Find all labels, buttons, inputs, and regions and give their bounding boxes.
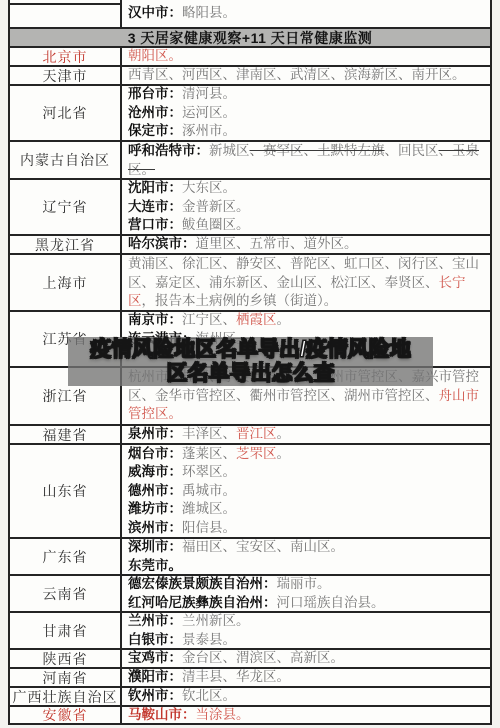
text-segment: 鲅鱼圈区。 (182, 217, 250, 232)
watermark-overlay: 疫情风险地区名单导出/疫情风险地 区名单导出怎么查 (68, 337, 433, 386)
text-segment: 泉州市： (128, 426, 182, 441)
district-line: 汉中市：略阳县。 (128, 4, 486, 23)
districts-cell: 汉中市：略阳县。 (122, 0, 490, 27)
text-segment: 滨州市： (128, 520, 182, 535)
district-line: 朝阳区。 (128, 47, 486, 65)
table-row: 辽宁省沈阳市：大东区。大连市：金普新区。营口市：鲅鱼圈区。 (10, 178, 490, 234)
table-row: 北京市朝阳区。 (10, 46, 490, 65)
districts-cell: 兰州市：兰州新区。白银市：景泰县。 (122, 613, 490, 648)
text-segment: 环翠区。 (182, 464, 236, 479)
text-segment: 、赛罕区、土默特左旗 (250, 143, 385, 158)
text-segment: 大连市： (128, 199, 182, 214)
text-segment: 江宁区、 (182, 312, 236, 327)
text-segment: 沧州市： (128, 105, 182, 120)
province-label: 云南省 (43, 584, 88, 604)
text-segment: 呼和浩特市： (128, 143, 209, 158)
district-line: 黄浦区、徐汇区、静安区、普陀区、虹口区、闵行区、宝山区、嘉定区、浦东新区、金山区… (128, 255, 486, 310)
text-segment: 略阳县。 (182, 5, 236, 20)
province-label: 广西壮族自治区 (13, 687, 118, 706)
text-segment: 。 (277, 426, 291, 441)
text-segment: 邢台市： (128, 86, 182, 101)
text-segment: 景泰县。 (182, 632, 236, 647)
text-segment: 运河区。 (182, 105, 236, 120)
districts-cell: 马鞍山市：当涂县。 (122, 707, 490, 723)
district-line: 兰州市：兰州新区。 (128, 612, 486, 631)
table-row: 广东省深圳市：福田区、宝安区、南山区。东莞市。 (10, 537, 490, 574)
page: { "overlay": { "full_text": "疫情风险地区名单导出/… (0, 0, 500, 728)
district-line: 营口市：鲅鱼圈区。 (128, 216, 486, 234)
text-segment: 威海市： (128, 464, 182, 479)
province-cell: 上海市 (10, 255, 122, 310)
districts-cell: 深圳市：福田区、宝安区、南山区。东莞市。 (122, 539, 490, 574)
district-line: 呼和浩特市：新城区、赛罕区、土默特左旗、回民区、玉泉区。 (128, 142, 486, 178)
text-segment: 深圳市： (128, 539, 182, 554)
text-segment: 瑞丽市。 (277, 576, 331, 591)
text-segment: 河口瑶族自治县。 (277, 595, 385, 610)
table-row: 上海市黄浦区、徐汇区、静安区、普陀区、虹口区、闵行区、宝山区、嘉定区、浦东新区、… (10, 253, 490, 310)
text-segment: 清丰县、华龙区。 (182, 669, 290, 684)
province-label: 安徽省 (43, 705, 88, 723)
text-segment: 德州市： (128, 483, 182, 498)
text-segment: 清河县。 (182, 86, 236, 101)
district-line: 沧州市：运河区。 (128, 104, 486, 123)
district-line: 威海市：环翠区。 (128, 463, 486, 482)
district-line: 滨州市：阳信县。 (128, 519, 486, 537)
table-row: 福建省泉州市：丰泽区、晋江区。 (10, 424, 490, 443)
province-label: 辽宁省 (43, 197, 88, 217)
province-cell: 河南省 (10, 669, 122, 686)
province-label: 山东省 (43, 481, 88, 501)
province-cell: 河北省 (10, 86, 122, 140)
banner-label: 3 天居家健康观察+11 天日常健康监测 (128, 28, 373, 47)
province-label: 天津市 (43, 66, 88, 85)
text-segment: 新城区 (209, 143, 250, 158)
province-cell: 黑龙江省 (10, 236, 122, 253)
text-segment: 钦州市： (128, 688, 182, 703)
text-segment: 濮阳市： (128, 669, 182, 684)
district-line: 濮阳市：清丰县、华龙区。 (128, 668, 486, 686)
table-row: 河南省濮阳市：清丰县、华龙区。 (10, 667, 490, 686)
text-segment: 东莞市。 (128, 558, 182, 573)
text-segment: 汉中市： (128, 5, 182, 20)
districts-cell: 泉州市：丰泽区、晋江区。 (122, 426, 490, 443)
text-segment: 禹城市。 (182, 483, 236, 498)
province-cell: 天津市 (10, 67, 122, 84)
text-segment: 朝阳区。 (128, 48, 182, 63)
text-segment: 马鞍山市： (128, 707, 196, 722)
text-segment: 涿州市。 (182, 123, 236, 138)
table-row: 陕西省宝鸡市：金台区、渭滨区、高新区。 (10, 648, 490, 667)
text-segment: 潍城区。 (182, 501, 236, 516)
districts-cell: 朝阳区。 (122, 48, 490, 65)
province-cell: 云南省 (10, 576, 122, 611)
province-label: 甘肃省 (43, 621, 88, 641)
districts-cell: 哈尔滨市：道里区、五常市、道外区。 (122, 236, 490, 253)
province-label: 黑龙江省 (35, 235, 95, 254)
table-row: 云南省德宏傣族景颇族自治州：瑞丽市。红河哈尼族彝族自治州：河口瑶族自治县。 (10, 574, 490, 611)
text-segment: 兰州市： (128, 613, 182, 628)
text-segment: 营口市： (128, 217, 182, 232)
districts-cell: 邢台市：清河县。沧州市：运河区。保定市：涿州市。 (122, 86, 490, 140)
province-label: 北京市 (43, 47, 88, 66)
text-segment: 金台区、渭滨区、高新区。 (182, 650, 344, 665)
text-segment: 芝罘区 (236, 446, 277, 461)
province-cell: 北京市 (10, 48, 122, 65)
text-segment: 保定市： (128, 123, 182, 138)
text-segment: 宝鸡市： (128, 650, 182, 665)
banner-row: 3 天居家健康观察+11 天日常健康监测 (10, 27, 490, 46)
district-line: 红河哈尼族彝族自治州：河口瑶族自治县。 (128, 594, 486, 612)
province-cell: 陕西省 (10, 650, 122, 667)
districts-cell: 呼和浩特市：新城区、赛罕区、土默特左旗、回民区、玉泉区。 (122, 142, 490, 178)
text-segment: 白银市： (128, 632, 182, 647)
text-segment: 晋江区 (236, 426, 277, 441)
province-cell: 广东省 (10, 539, 122, 574)
district-line: 钦州市：钦北区。 (128, 687, 486, 705)
districts-cell: 沈阳市：大东区。大连市：金普新区。营口市：鲅鱼圈区。 (122, 180, 490, 234)
province-cell: 广西壮族自治区 (10, 688, 122, 705)
table-row: 甘肃省兰州市：兰州新区。白银市：景泰县。 (10, 611, 490, 648)
district-line: 保定市：涿州市。 (128, 122, 486, 140)
text-segment: 福田区、宝安区、南山区。 (182, 539, 344, 554)
text-segment: 。 (277, 312, 291, 327)
text-segment: 潍坊市： (128, 501, 182, 516)
table-row: 天津市西青区、河西区、津南区、武清区、滨海新区、南开区。 (10, 65, 490, 84)
districts-cell: 西青区、河西区、津南区、武清区、滨海新区、南开区。 (122, 67, 490, 84)
province-cell: 辽宁省 (10, 180, 122, 234)
text-segment: 。 (277, 446, 291, 461)
districts-cell: 德宏傣族景颇族自治州：瑞丽市。红河哈尼族彝族自治州：河口瑶族自治县。 (122, 576, 490, 611)
text-segment: 丰泽区、 (182, 426, 236, 441)
table-row: 黑龙江省哈尔滨市：道里区、五常市、道外区。 (10, 234, 490, 253)
text-segment: 阳信县。 (182, 520, 236, 535)
districts-cell: 烟台市：蓬莱区、芝罘区。威海市：环翠区。德州市：禹城市。潍坊市：潍城区。滨州市：… (122, 445, 490, 537)
district-line: 大连市：金普新区。 (128, 198, 486, 217)
text-segment: 南京市： (128, 312, 182, 327)
province-cell: 内蒙古自治区 (10, 142, 122, 178)
table-row: 山东省烟台市：蓬莱区、芝罘区。威海市：环翠区。德州市：禹城市。潍坊市：潍城区。滨… (10, 443, 490, 537)
district-line: 潍坊市：潍城区。 (128, 500, 486, 519)
text-segment: 蓬莱区、 (182, 446, 236, 461)
district-line: 邢台市：清河县。 (128, 85, 486, 104)
districts-cell: 濮阳市：清丰县、华龙区。 (122, 669, 490, 686)
districts-cell: 钦州市：钦北区。 (122, 688, 490, 705)
watermark-text-line1: 疫情风险地区名单导出/疫情风险地 (90, 338, 411, 362)
text-segment: 大东区。 (182, 180, 236, 195)
district-line: 宝鸡市：金台区、渭滨区、高新区。 (128, 649, 486, 667)
table-row: 内蒙古自治区呼和浩特市：新城区、赛罕区、土默特左旗、回民区、玉泉区。 (10, 140, 490, 178)
text-segment: 哈尔滨市： (128, 236, 196, 251)
province-label: 浙江省 (43, 386, 88, 406)
province-label: 福建省 (43, 425, 88, 444)
text-segment: 栖霞区 (236, 312, 277, 327)
province-label: 陕西省 (43, 649, 88, 668)
table-row: 广西壮族自治区钦州市：钦北区。 (10, 686, 490, 705)
district-line: 烟台市：蓬莱区、芝罘区。 (128, 445, 486, 464)
watermark-text-line2: 区名单导出怎么查 (167, 362, 335, 386)
province-cell (10, 0, 122, 27)
district-line: 马鞍山市：当涂县。 (128, 706, 486, 723)
district-line: 南京市：江宁区、栖霞区。 (128, 311, 486, 330)
text-segment: 西青区、河西区、津南区、武清区、滨海新区、南开区。 (128, 67, 466, 82)
text-segment: 兰州新区。 (182, 613, 250, 628)
text-segment: 红河哈尼族彝族自治州： (128, 595, 277, 610)
district-line: 泉州市：丰泽区、晋江区。 (128, 425, 486, 443)
text-segment: 、回民区 (385, 143, 439, 158)
text-segment: 钦北区。 (182, 688, 236, 703)
table-row: 汉中市：略阳县。 (10, 0, 490, 27)
province-label: 河北省 (43, 103, 88, 123)
districts-cell: 黄浦区、徐汇区、静安区、普陀区、虹口区、闵行区、宝山区、嘉定区、浦东新区、金山区… (122, 255, 490, 310)
province-cell: 福建省 (10, 426, 122, 443)
district-line: 深圳市：福田区、宝安区、南山区。 (128, 538, 486, 557)
district-line: 德宏傣族景颇族自治州：瑞丽市。 (128, 575, 486, 594)
district-line: 沈阳市：大东区。 (128, 179, 486, 198)
district-line: 德州市：禹城市。 (128, 482, 486, 501)
province-label: 河南省 (43, 668, 88, 687)
province-label: 广东省 (43, 547, 88, 567)
text-segment: 黄浦区、徐汇区、静安区、普陀区、虹口区、闵行区、宝山区、嘉定区、浦东新区、金山区… (128, 256, 479, 290)
districts-cell: 宝鸡市：金台区、渭滨区、高新区。 (122, 650, 490, 667)
text-segment: ，报告本土病例的乡镇（街道）。 (142, 293, 338, 308)
text-segment: 烟台市： (128, 446, 182, 461)
province-label: 内蒙古自治区 (20, 150, 110, 170)
text-segment: 金普新区。 (182, 199, 250, 214)
text-segment: 道里区、五常市、道外区。 (196, 236, 358, 251)
text-segment: 沈阳市： (128, 180, 182, 195)
province-cell: 甘肃省 (10, 613, 122, 648)
district-line: 白银市：景泰县。 (128, 631, 486, 649)
text-segment: 德宏傣族景颇族自治州： (128, 576, 277, 591)
district-line: 西青区、河西区、津南区、武清区、滨海新区、南开区。 (128, 66, 486, 84)
province-cell: 安徽省 (10, 707, 122, 723)
text-segment: 当涂县。 (196, 707, 250, 722)
border-stub (10, 3, 120, 5)
province-label: 上海市 (43, 273, 88, 293)
table-row: 安徽省马鞍山市：当涂县。 (10, 705, 490, 723)
district-line: 哈尔滨市：道里区、五常市、道外区。 (128, 235, 486, 253)
province-cell: 山东省 (10, 445, 122, 537)
table-row: 河北省邢台市：清河县。沧州市：运河区。保定市：涿州市。 (10, 84, 490, 140)
district-line: 东莞市。 (128, 557, 486, 575)
